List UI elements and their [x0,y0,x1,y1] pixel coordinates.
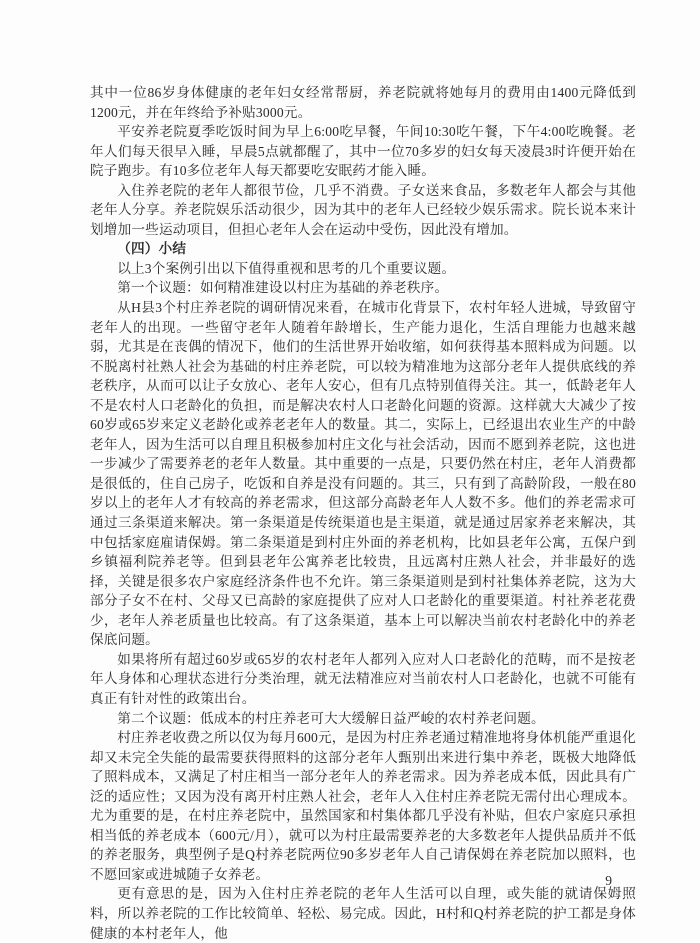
paragraph: 如果将所有超过60岁或65岁的农村老年人都列入应对人口老龄化的范畴，而不是按老年… [90,650,636,709]
document-body: 其中一位86岁身体健康的老年妇女经常帮厨，养老院就将她每月的费用由1400元降低… [90,83,636,943]
paragraph-continued: 其中一位86岁身体健康的老年妇女经常帮厨，养老院就将她每月的费用由1400元降低… [90,83,636,122]
paragraph: 更有意思的是，因为入住村庄养老院的老年人生活可以自理，或失能的就请保姆照料，所以… [90,884,636,943]
paragraph: 入住养老院的老年人都很节俭，几乎不消费。子女送来食品，多数老年人都会与其他老年人… [90,181,636,240]
paragraph: 以上3个案例引出以下值得重视和思考的几个重要议题。 [90,259,636,279]
paragraph: 平安养老院夏季吃饭时间为早上6:00吃早餐，午间10:30吃午餐，下午4:00吃… [90,122,636,181]
paragraph: 第一个议题：如何精准建设以村庄为基础的养老秩序。 [90,278,636,298]
page-number: 9 [605,874,612,888]
paragraph: 从H县3个村庄养老院的调研情况来看，在城市化背景下，农村年轻人进城，导致留守老年… [90,298,636,650]
paragraph: 村庄养老收费之所以仅为每月600元，是因为村庄养老通过精准地将身体机能严重退化却… [90,728,636,884]
paragraph: 第二个议题：低成本的村庄养老可大大缓解日益严峻的农村养老问题。 [90,709,636,729]
document-page: 其中一位86岁身体健康的老年妇女经常帮厨，养老院就将她每月的费用由1400元降低… [0,0,700,943]
section-heading: （四）小结 [90,239,636,259]
